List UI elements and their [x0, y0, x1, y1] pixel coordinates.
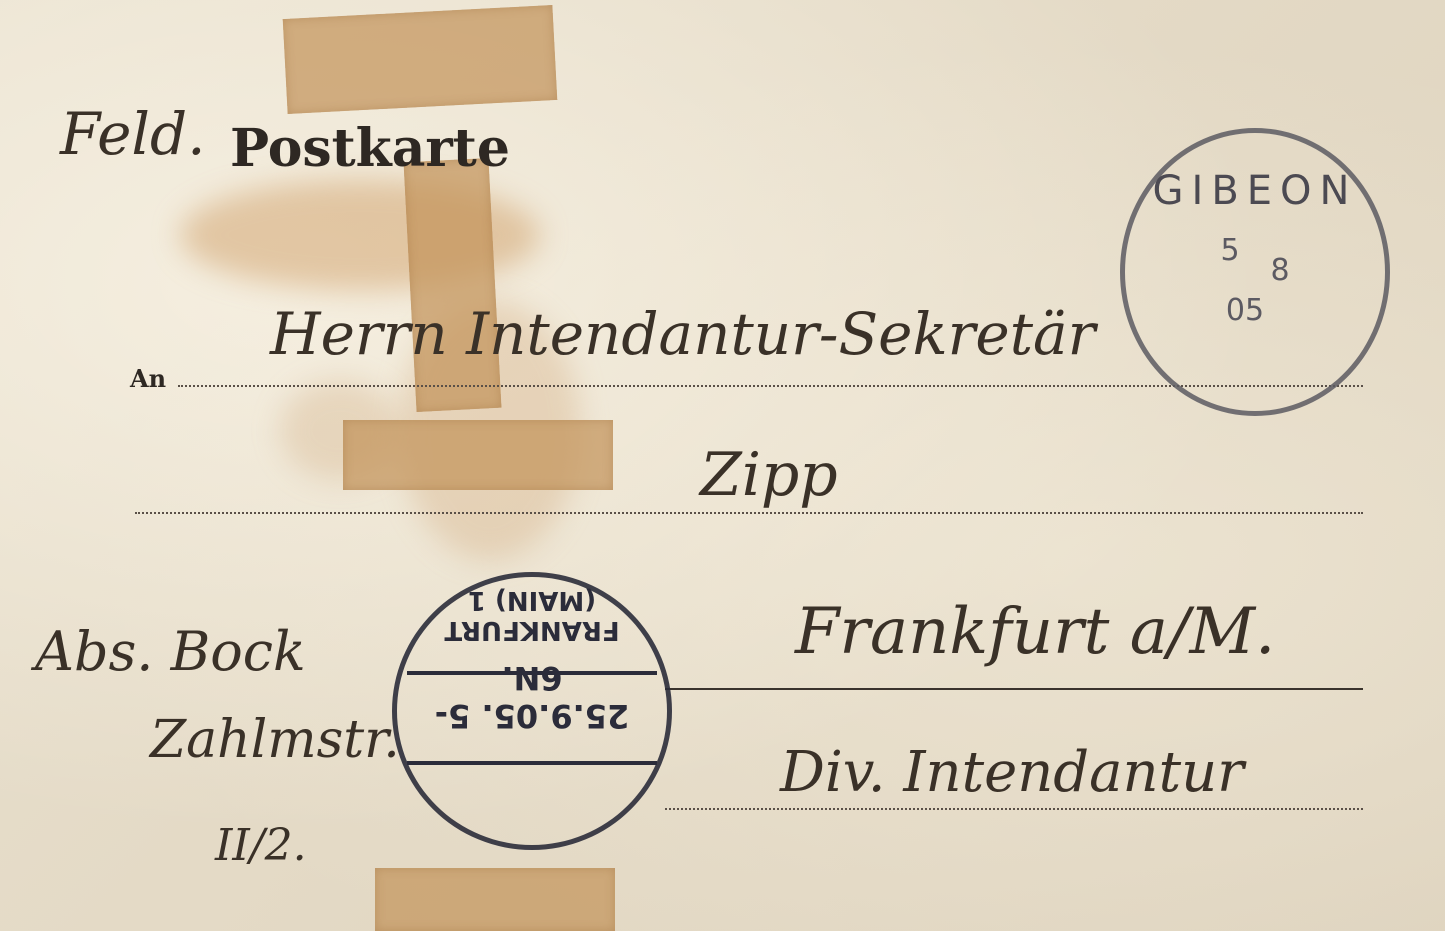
tape-strip [404, 158, 502, 412]
frankfurt-stamp-bar [407, 761, 657, 765]
frankfurt-town: FRANKFURT (MAIN) 1 [417, 585, 647, 645]
frankfurt-stamp-bar [407, 671, 657, 675]
recipient-line: Zipp [700, 440, 838, 510]
tape-strip [343, 420, 613, 490]
sender-line: Abs. Bock [35, 620, 306, 683]
sender-line: Zahlmstr. [150, 710, 400, 770]
gibeon-day: 5 [1215, 233, 1245, 268]
gibeon-year: 05 [1220, 293, 1270, 328]
tape-strip [283, 5, 558, 114]
header-printed-title: Postkarte [230, 118, 510, 179]
sender-line: II/2. [215, 820, 307, 871]
address-line-2 [135, 512, 1363, 514]
gibeon-month: 8 [1265, 253, 1295, 288]
recipient-line: Div. Intendantur [780, 740, 1244, 805]
gibeon-postmark: GIBEON 5 8 05 [1120, 128, 1390, 416]
tape-strip [375, 868, 615, 931]
address-label: An [130, 364, 166, 393]
header-handwritten: Feld. [60, 100, 206, 168]
postcard: Feld. Postkarte An Herrn Intendantur-Sek… [0, 0, 1445, 931]
recipient-line: Frankfurt a/M. [795, 595, 1275, 669]
address-line-3 [665, 688, 1363, 690]
gibeon-town: GIBEON [1125, 168, 1385, 214]
address-line-4 [665, 808, 1363, 810]
recipient-line: Herrn Intendantur-Sekretär [270, 300, 1095, 368]
frankfurt-postmark: FRANKFURT (MAIN) 1 25.9.05. 5-6N. [392, 572, 672, 850]
